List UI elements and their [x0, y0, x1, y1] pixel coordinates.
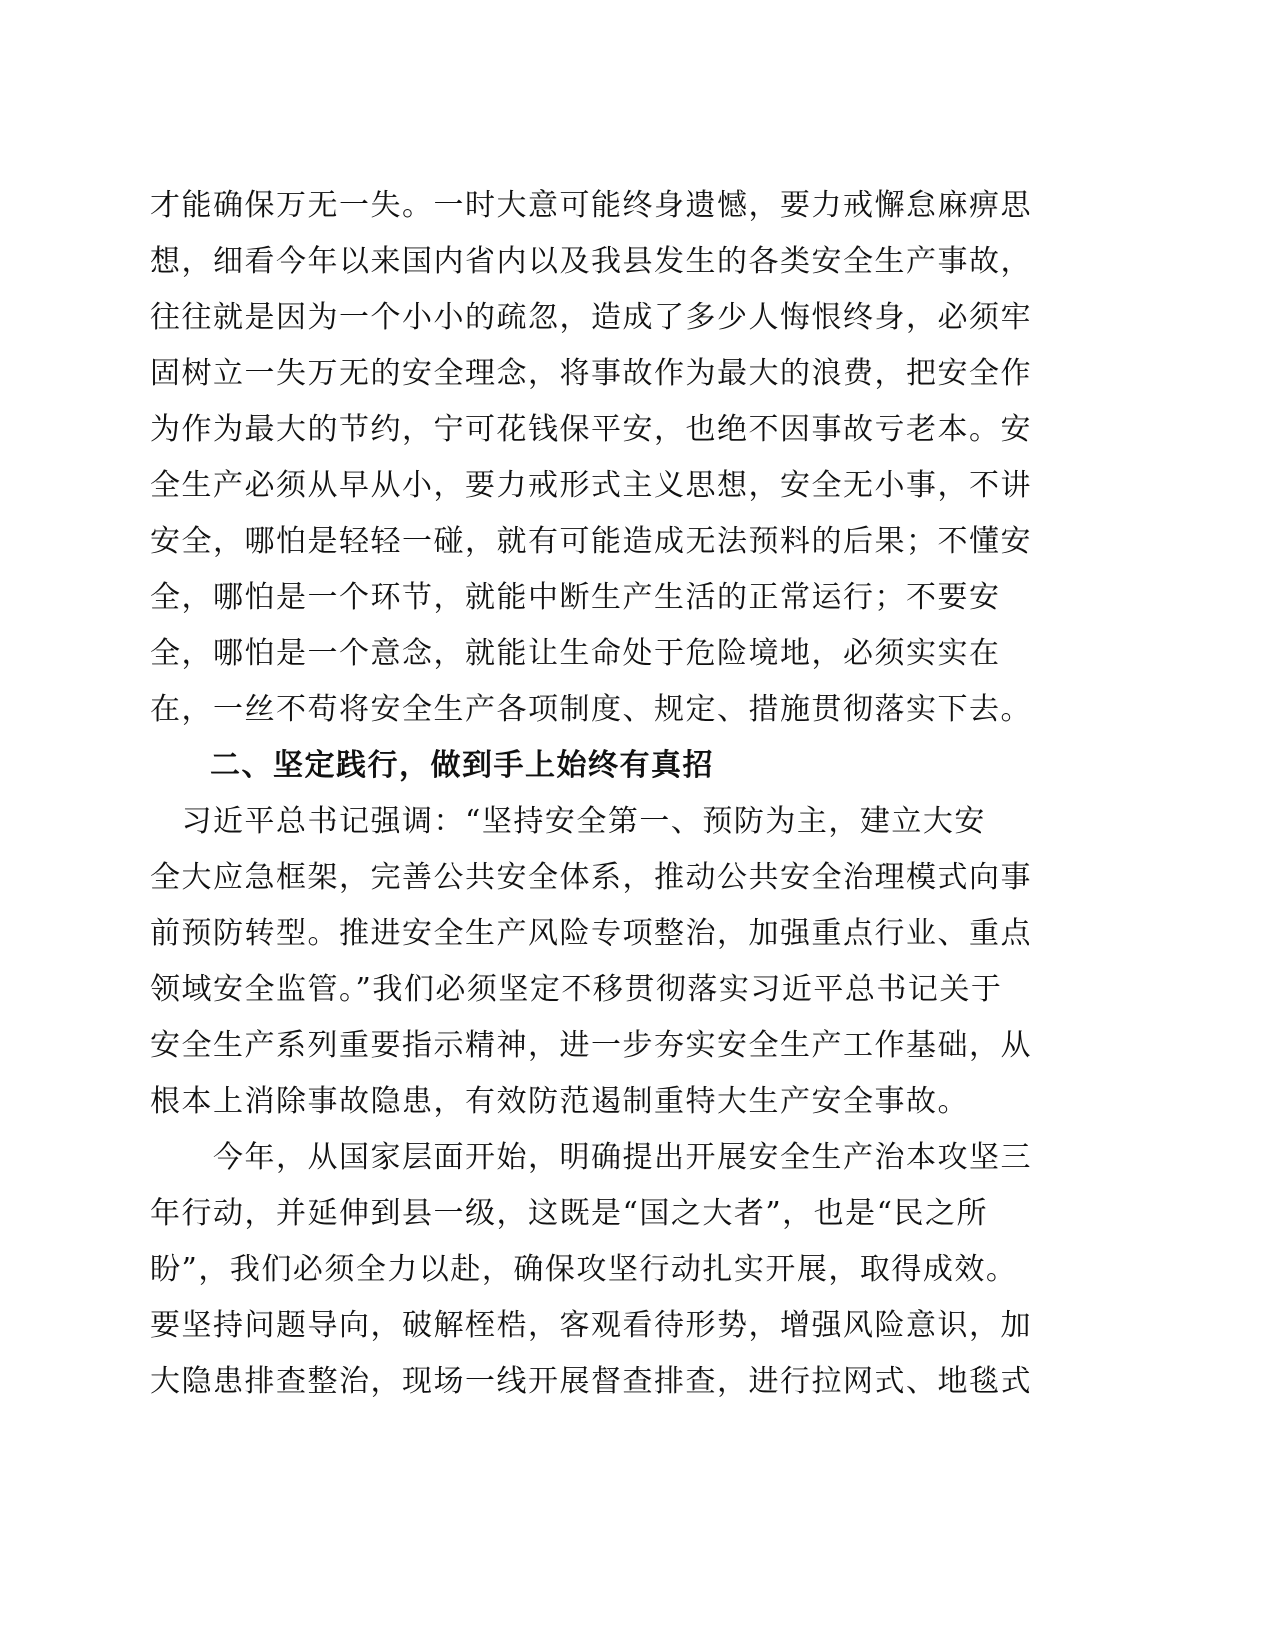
paragraph-line: 习近平总书记强调：“坚持安全第一、预防为主，建立大安 — [150, 796, 986, 840]
section-heading: 二、坚定践行，做到手上始终有真招 — [210, 740, 714, 784]
paragraph-line: 全生产必须从早从小，要力戒形式主义思想，安全无小事，不讲 — [150, 460, 1032, 504]
paragraph-line: 今年，从国家层面开始，明确提出开展安全生产治本攻坚三 — [150, 1132, 1032, 1176]
paragraph-line: 固树立一失万无的安全理念，将事故作为最大的浪费，把安全作 — [150, 348, 1032, 392]
paragraph-line: 领域安全监管。”我们必须坚定不移贯彻落实习近平总书记关于 — [150, 964, 1002, 1008]
paragraph-line: 安全，哪怕是轻轻一碰，就有可能造成无法预料的后果；不懂安 — [150, 516, 1032, 560]
paragraph-line: 想，细看今年以来国内省内以及我县发生的各类安全生产事故， — [150, 236, 1032, 280]
paragraph-line: 全大应急框架，完善公共安全体系，推动公共安全治理模式向事 — [150, 852, 1032, 896]
paragraph-line: 为作为最大的节约，宁可花钱保平安，也绝不因事故亏老本。安 — [150, 404, 1032, 448]
paragraph-line: 全，哪怕是一个意念，就能让生命处于危险境地，必须实实在 — [150, 628, 1001, 672]
paragraph-line: 大隐患排查整治，现场一线开展督查排查，进行拉网式、地毯式 — [150, 1356, 1032, 1400]
paragraph-line: 全，哪怕是一个环节，就能中断生产生活的正常运行；不要安 — [150, 572, 1001, 616]
paragraph-line: 根本上消除事故隐患，有效防范遏制重特大生产安全事故。 — [150, 1076, 969, 1120]
document-page: 才能确保万无一失。一时大意可能终身遗憾，要力戒懈怠麻痹思 想，细看今年以来国内省… — [0, 0, 1275, 1650]
paragraph-line: 才能确保万无一失。一时大意可能终身遗憾，要力戒懈怠麻痹思 — [150, 180, 1032, 224]
paragraph-line: 盼”，我们必须全力以赴，确保攻坚行动扎实开展，取得成效。 — [150, 1244, 1017, 1288]
paragraph-line: 年行动，并延伸到县一级，这既是“国之大者”，也是“民之所 — [150, 1188, 988, 1232]
paragraph-line: 安全生产系列重要指示精神，进一步夯实安全生产工作基础，从 — [150, 1020, 1032, 1064]
paragraph-line: 要坚持问题导向，破解桎梏，客观看待形势，增强风险意识，加 — [150, 1300, 1032, 1344]
paragraph-line: 在，一丝不苟将安全生产各项制度、规定、措施贯彻落实下去。 — [150, 684, 1032, 728]
paragraph-line: 往往就是因为一个小小的疏忽，造成了多少人悔恨终身，必须牢 — [150, 292, 1032, 336]
paragraph-line: 前预防转型。推进安全生产风险专项整治，加强重点行业、重点 — [150, 908, 1032, 952]
